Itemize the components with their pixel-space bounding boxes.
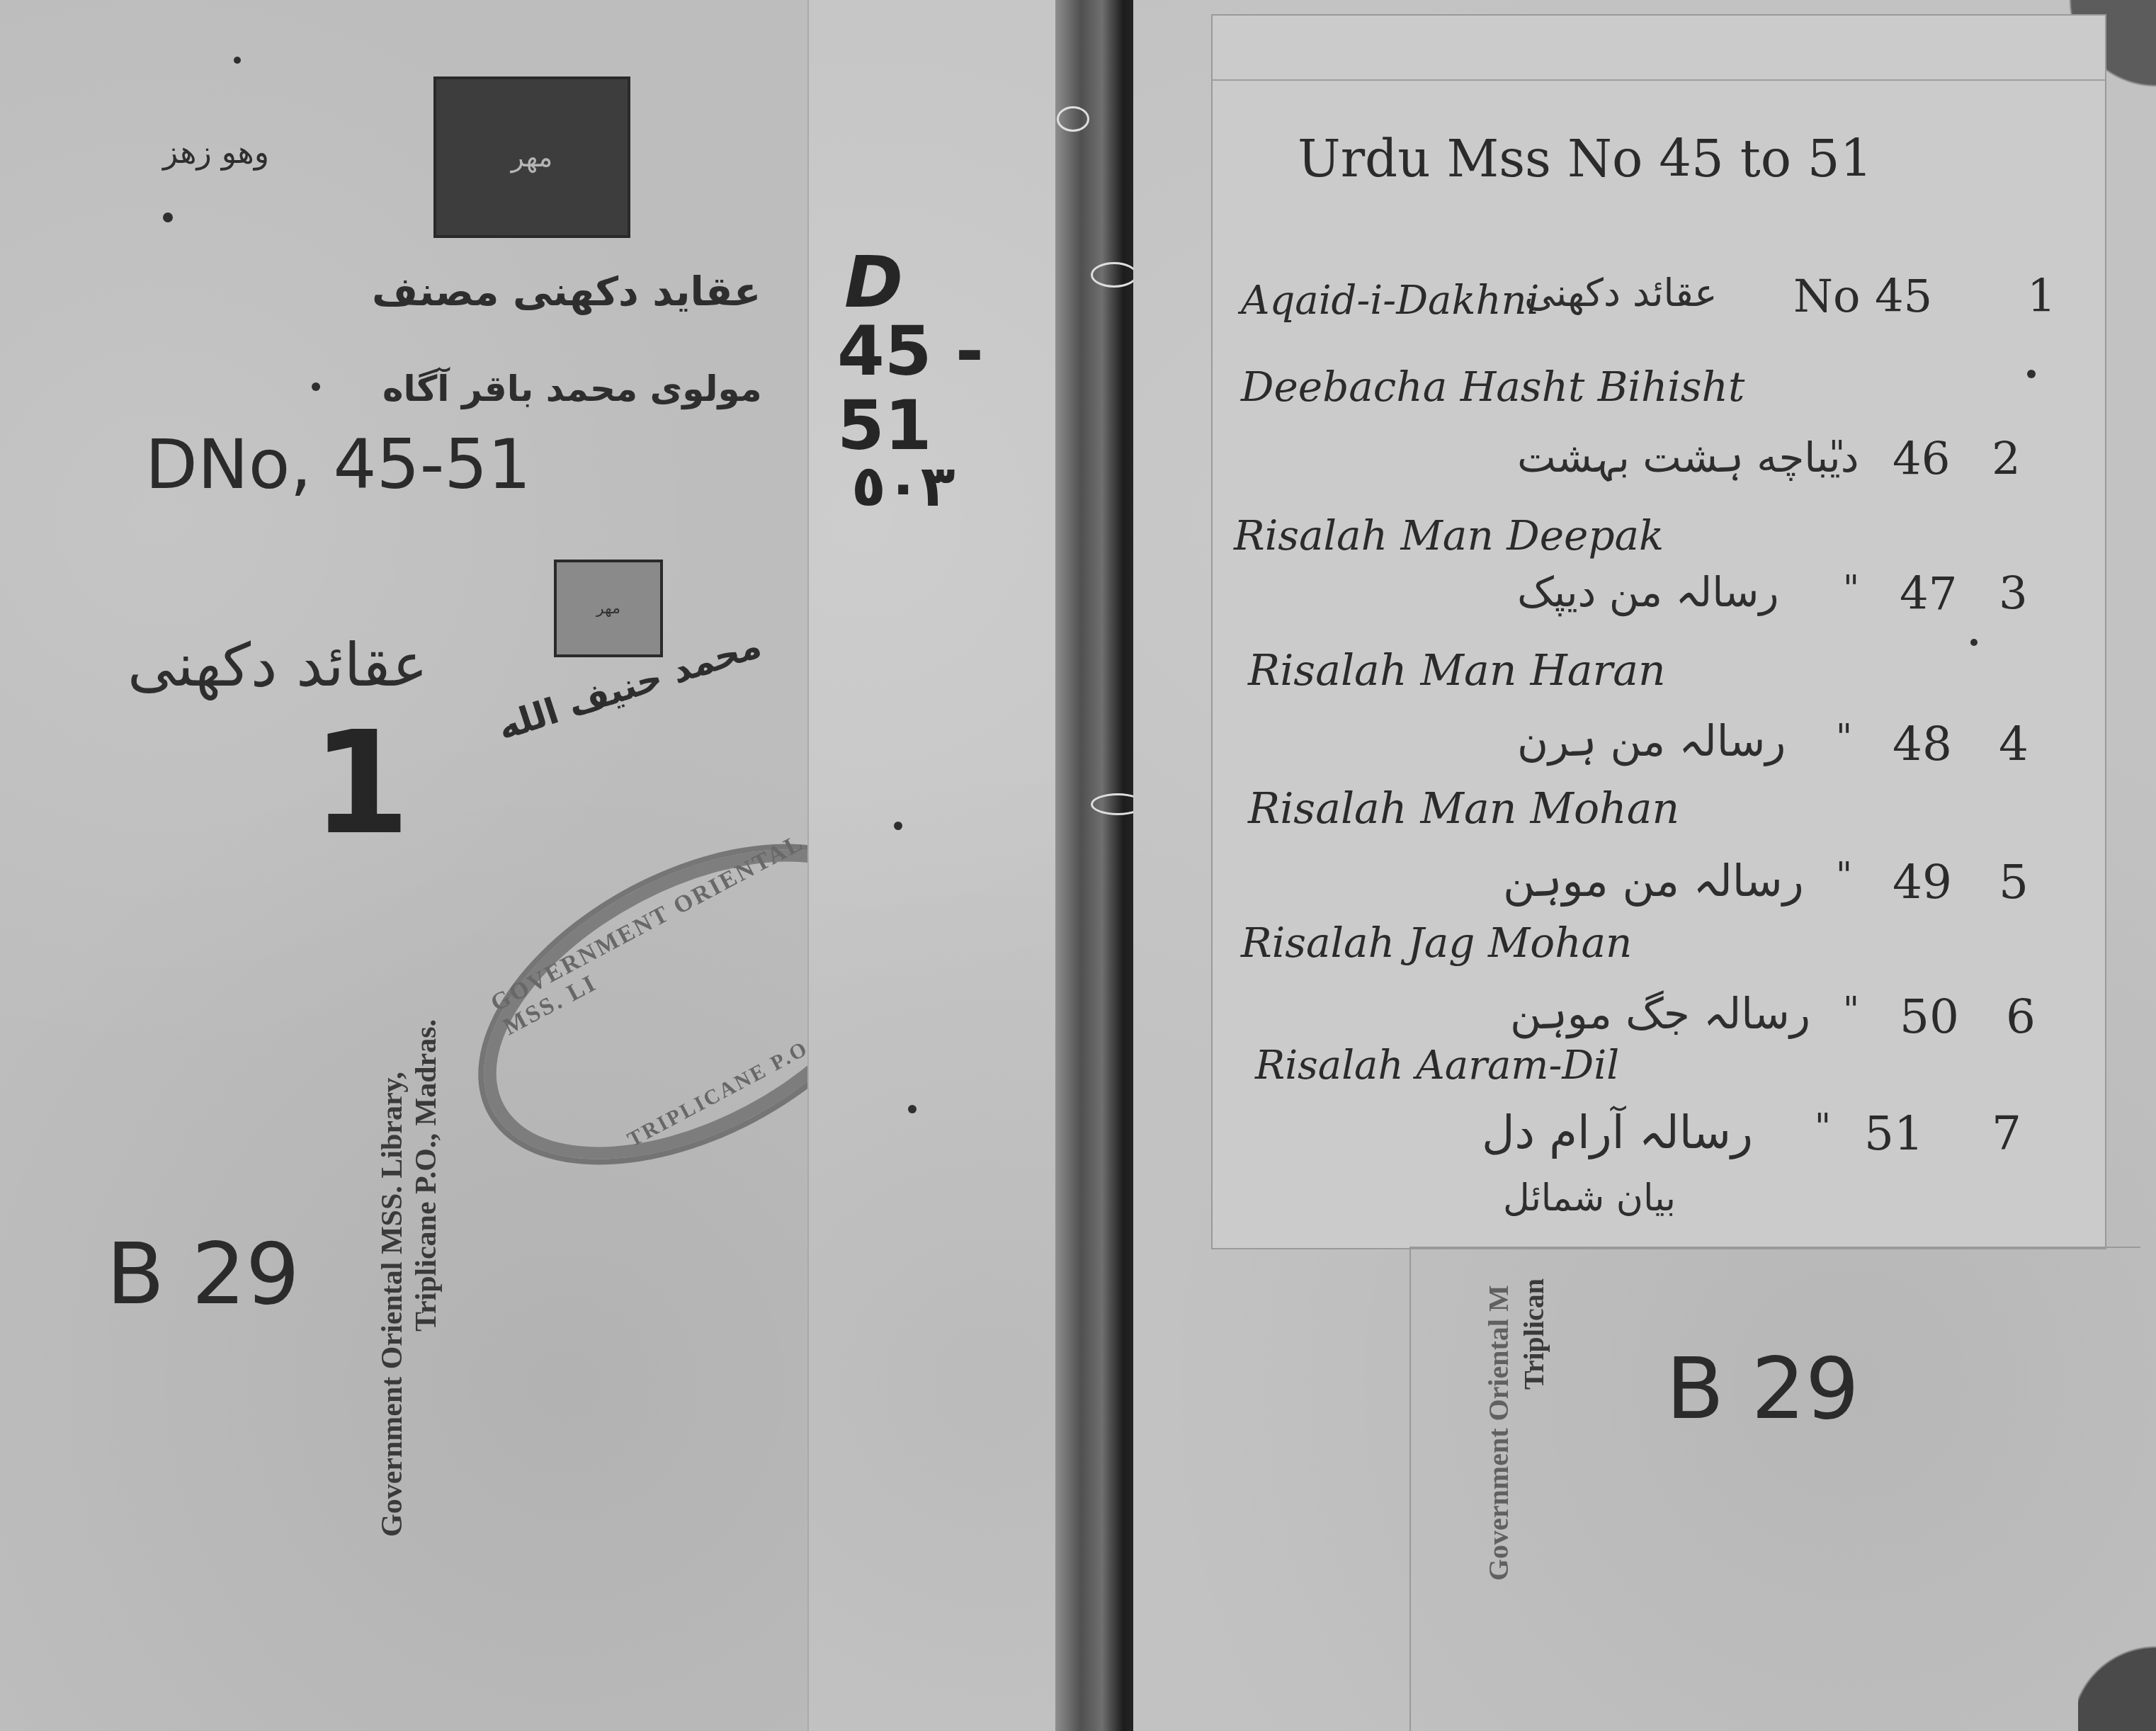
flyleaf-range-start: 45 - (837, 312, 984, 391)
entry-ms-number: 46 (1893, 433, 1950, 486)
seal-inscription: مهر (511, 142, 553, 173)
small-seal-stamp: مهر (554, 560, 663, 657)
flyleaf: D 45 - 51 ٥٠٣ (807, 0, 1071, 1731)
entry-urdu-title: دیباچه ہشت بہشت (1517, 433, 1859, 482)
ink-spot (234, 57, 241, 64)
entry-serial: 3 (1999, 568, 2028, 620)
left-pastedown: وهو زهز مهر عقاید دکهنی مصنف مولوی محمد … (0, 0, 807, 1731)
entry-ditto: " (1843, 568, 1859, 609)
entry-urdu-subtitle: بیان شمائل (1503, 1177, 1676, 1220)
entry-ms-number: 50 (1900, 989, 1959, 1044)
binding-thread (1057, 106, 1089, 132)
entry-roman-title: Risalah Aaram-Dil (1255, 1043, 1619, 1089)
entry-ditto: " (1843, 989, 1859, 1031)
entry-roman-title: Risalah Man Haran (1248, 646, 1666, 696)
entry-ditto: " (1829, 433, 1845, 475)
ink-spot (163, 212, 173, 222)
entry-urdu-title: رسالہ آرام دل (1482, 1106, 1753, 1159)
entry-serial: 2 (1992, 433, 2021, 486)
shelf-number: DNo, 45-51 (145, 425, 531, 504)
entry-serial: 1 (2027, 271, 2056, 323)
entry-ditto: " (1815, 1106, 1831, 1147)
binding-thread (1091, 262, 1137, 288)
small-seal-inscription: مهر (596, 600, 620, 618)
entry-urdu-title: عقائد دکهنی (1524, 271, 1717, 315)
right-library-label-line-1: Government Oriental M (1482, 1285, 1515, 1581)
entry-urdu-title: رسالہ من دیپک (1517, 568, 1778, 616)
urdu-title-large: عقائد دکهنی (127, 630, 428, 700)
library-label-line-2: Triplicane P.O., Madras. (409, 1019, 443, 1332)
entry-serial: 7 (1992, 1106, 2021, 1161)
flyleaf-urdu-numeral: ٥٠٣ (851, 453, 955, 519)
entry-roman-title: Risalah Jag Mohan (1241, 919, 1632, 967)
contents-index-slip: Urdu Mss No 45 to 51 Aqaid-i-Dakhni عقائ… (1211, 14, 2106, 1249)
entry-urdu-title: رسالہ من ہرن (1517, 717, 1786, 766)
ink-spot (1970, 639, 1978, 646)
volume-mark: 1 (312, 701, 410, 866)
bottom-shelf-mark: B 29 (106, 1225, 300, 1324)
right-library-label-line-2: Triplican (1517, 1278, 1550, 1390)
entry-ditto: " (1836, 855, 1852, 896)
entry-serial: 6 (2006, 989, 2036, 1044)
entry-urdu-title: رسالہ جگ موہن (1510, 989, 1810, 1039)
entry-roman-title: Risalah Man Deepak (1234, 511, 1664, 560)
ink-spot (312, 382, 320, 391)
title-inscription: عقاید دکهنی مصنف (372, 269, 761, 315)
entry-roman-title: Aqaid-i-Dakhni (1241, 278, 1539, 324)
entry-serial: 5 (1999, 855, 2029, 909)
library-label-line-1: Government Oriental MSS. Library, (375, 1072, 409, 1537)
ink-spot (908, 1105, 917, 1113)
top-left-note: وهو زهز (163, 135, 269, 171)
large-seal-stamp: مهر (433, 76, 630, 238)
book-gutter (1055, 0, 1140, 1731)
ink-spot (894, 822, 902, 830)
entry-urdu-title: رسالہ من موہن (1503, 855, 1804, 907)
entry-ms-number: 49 (1893, 855, 1952, 909)
index-heading: Urdu Mss No 45 to 51 (1298, 129, 1872, 188)
lower-pastedown-label: Government Oriental M Triplican B 29 (1409, 1247, 2140, 1731)
entry-roman-title: Deebacha Hasht Bihisht (1241, 363, 1744, 411)
ruled-line (1213, 79, 2105, 81)
entry-ms-number: No 45 (1793, 271, 1932, 323)
entry-roman-title: Risalah Man Mohan (1248, 784, 1679, 834)
entry-ms-number: 51 (1864, 1106, 1924, 1161)
author-inscription: مولوی محمد باقر آگاه (382, 368, 762, 409)
entry-ms-number: 48 (1893, 717, 1952, 771)
entry-serial: 4 (1999, 717, 2029, 771)
entry-ditto: " (1836, 717, 1852, 758)
entry-ms-number: 47 (1900, 568, 1957, 620)
right-bottom-shelf-mark: B 29 (1666, 1340, 1859, 1438)
ink-spot (2027, 370, 2036, 378)
